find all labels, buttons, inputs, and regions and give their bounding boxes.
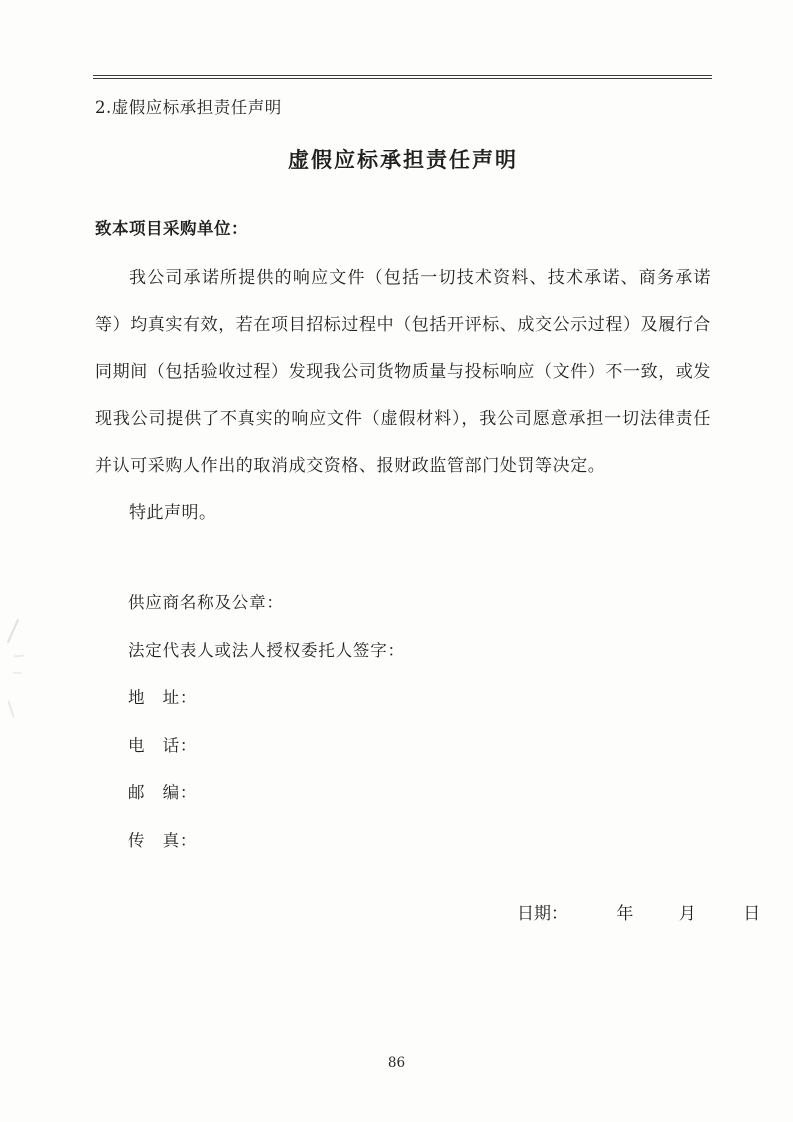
page-number: 86	[0, 1055, 793, 1071]
scan-artifact-mark	[7, 619, 19, 644]
date-label: 日期：	[517, 904, 568, 924]
supplier-name-seal-field: 供应商名称及公章：	[95, 579, 711, 627]
scan-artifact-mark	[13, 672, 22, 674]
salutation-line: 致本项目采购单位：	[95, 216, 711, 242]
commitment-paragraph: 我公司承诺所提供的响应文件（包括一切技术资料、技术承诺、商务承诺等）均真实有效，…	[95, 255, 711, 490]
date-month-label: 月	[679, 904, 696, 924]
closing-statement: 特此声明。	[95, 490, 711, 537]
fax-field: 传 真：	[95, 817, 711, 865]
scan-artifact-mark	[14, 654, 24, 657]
legal-representative-signature-field: 法定代表人或法人授权委托人签字：	[95, 627, 711, 675]
date-day-label: 日	[743, 904, 760, 924]
document-page: 2.虚假应标承担责任声明 虚假应标承担责任声明 致本项目采购单位： 我公司承诺所…	[0, 0, 793, 1122]
header-double-rule	[93, 75, 712, 79]
page-content: 2.虚假应标承担责任声明 虚假应标承担责任声明 致本项目采购单位： 我公司承诺所…	[95, 96, 711, 927]
postal-code-field: 邮 编：	[95, 769, 711, 817]
section-label: 2.虚假应标承担责任声明	[95, 96, 711, 120]
document-title: 虚假应标承担责任声明	[95, 146, 711, 174]
scan-artifact-mark	[7, 700, 14, 718]
address-field: 地 址：	[95, 674, 711, 722]
date-year-label: 年	[616, 904, 633, 924]
signature-block: 供应商名称及公章： 法定代表人或法人授权委托人签字： 地 址： 电 话： 邮 编…	[95, 579, 711, 864]
date-line: 日期： 年 月 日	[95, 901, 711, 927]
telephone-field: 电 话：	[95, 722, 711, 770]
